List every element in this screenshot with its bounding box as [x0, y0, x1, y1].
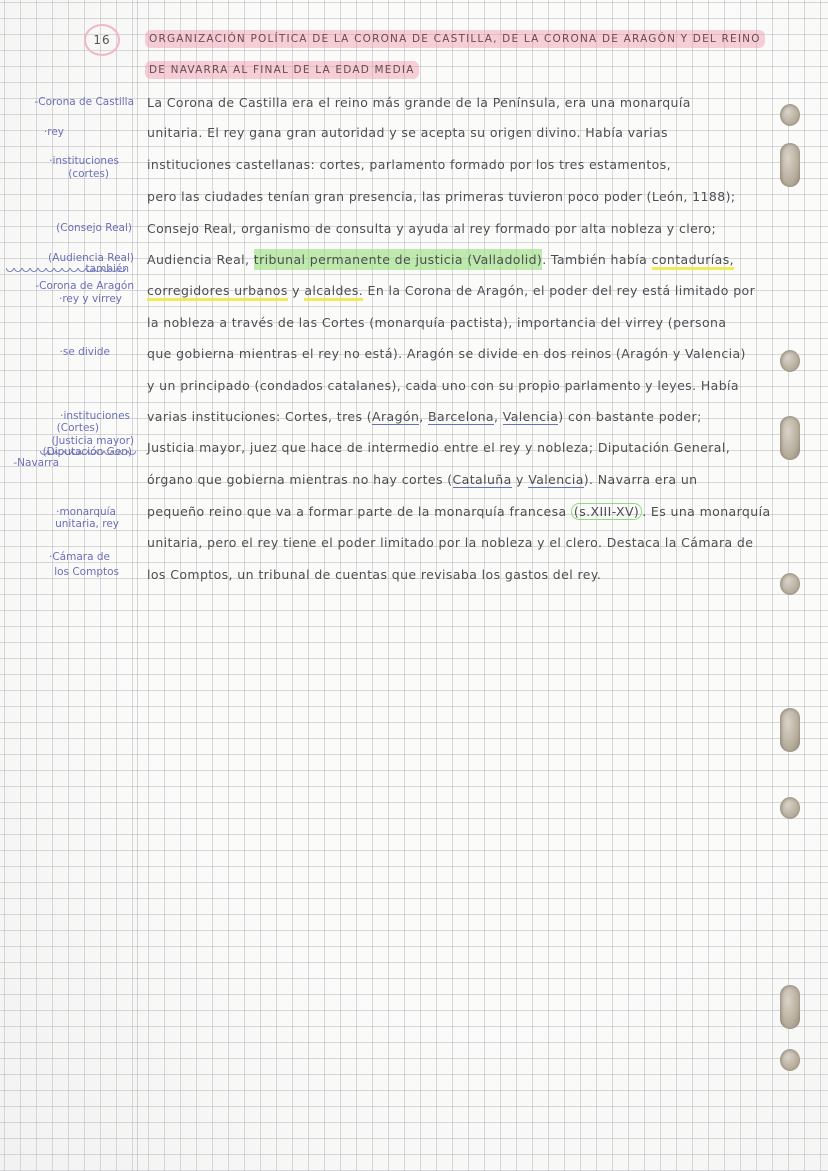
binder-hole — [780, 416, 800, 460]
page-title-line-2: DE NAVARRA AL FINAL DE LA EDAD MEDIA — [145, 64, 419, 76]
yellow-underline: contadurías, — [652, 252, 734, 270]
side-note-castilla: -Corona de Castilla — [4, 96, 134, 108]
binder-hole — [780, 104, 800, 126]
body-line-14: pequeño reino que va a formar parte de l… — [147, 504, 771, 519]
body-line-1: La Corona de Castilla era el reino más g… — [147, 95, 691, 110]
yellow-underline: alcaldes. — [304, 283, 363, 301]
yellow-underline: corregidores urbanos — [147, 283, 288, 301]
page-number: 16 — [84, 24, 120, 56]
side-note-instituciones: ·instituciones — [4, 155, 119, 167]
body-line-7: corregidores urbanos y alcaldes. En la C… — [147, 283, 755, 298]
side-note-monarquia: ·monarquía — [4, 506, 116, 518]
side-note-consejo-real: (Consejo Real) — [4, 222, 132, 234]
text: , — [494, 409, 503, 424]
binder-hole — [780, 1049, 800, 1071]
side-note-cortes: (cortes) — [4, 168, 109, 180]
side-note-instituciones-aragon: ·instituciones — [4, 410, 130, 422]
side-note-camara: ·Cámara de — [4, 551, 110, 563]
side-note-unitaria-rey: unitaria, rey — [4, 518, 119, 530]
margin-line — [137, 0, 138, 1171]
side-note-rey-virrey: ·rey y virrey — [4, 293, 122, 305]
side-note-rey: ·rey — [4, 126, 64, 138]
binder-hole — [780, 985, 800, 1029]
green-circled-date: (s.XIII-XV) — [571, 503, 642, 520]
text: . También había — [542, 252, 651, 267]
text: , — [419, 409, 428, 424]
page-title-line-1: ORGANIZACIÓN POLÍTICA DE LA CORONA DE CA… — [145, 33, 765, 45]
binder-hole — [780, 350, 800, 372]
paper-shading — [0, 0, 828, 1171]
body-line-12: Justicia mayor, juez que hace de interme… — [147, 440, 730, 455]
body-line-2: unitaria. El rey gana gran autoridad y s… — [147, 125, 668, 140]
side-note-comptos: los Comptos — [4, 566, 119, 578]
text: . Es una monarquía — [642, 504, 770, 519]
body-line-3: instituciones castellanas: cortes, parla… — [147, 157, 671, 172]
title-text-1: ORGANIZACIÓN POLÍTICA DE LA CORONA DE CA… — [145, 30, 765, 48]
text: pequeño reino que va a formar parte de l… — [147, 504, 571, 519]
side-note-aragon: -Corona de Aragón — [4, 280, 134, 292]
body-line-5: Consejo Real, organismo de consulta y ay… — [147, 221, 716, 236]
side-note-se-divide: ·se divide — [4, 346, 110, 358]
binder-hole — [780, 708, 800, 752]
text: En la Corona de Aragón, el poder del rey… — [363, 283, 755, 298]
green-highlight: tribunal permanente de justicia (Vallado… — [254, 249, 542, 270]
binder-hole — [780, 573, 800, 595]
body-line-13: órgano que gobierna mientras no hay cort… — [147, 472, 697, 487]
underlined-cataluna: Cataluña — [453, 472, 512, 488]
underlined-valencia: Valencia — [503, 409, 559, 425]
body-line-15: unitaria, pero el rey tiene el poder lim… — [147, 535, 753, 550]
text: Audiencia Real, — [147, 252, 254, 267]
wavy-underline — [6, 268, 126, 274]
text: ) con bastante poder; — [558, 409, 701, 424]
body-line-9: que gobierna mientras el rey no está). A… — [147, 346, 746, 361]
body-line-8: la nobleza a través de las Cortes (monar… — [147, 315, 726, 330]
body-line-6: Audiencia Real, tribunal permanente de j… — [147, 252, 734, 267]
underlined-valencia-2: Valencia — [528, 472, 584, 488]
body-line-10: y un principado (condados catalanes), ca… — [147, 378, 739, 393]
text: ). Navarra era un — [584, 472, 698, 487]
text: órgano que gobierna mientras no hay cort… — [147, 472, 453, 487]
text: y — [512, 472, 529, 487]
binder-hole — [780, 143, 800, 187]
binder-hole — [780, 797, 800, 819]
underlined-aragon: Aragón — [372, 409, 419, 425]
body-line-16: los Comptos, un tribunal de cuentas que … — [147, 567, 601, 582]
body-line-11: varias instituciones: Cortes, tres (Arag… — [147, 409, 702, 424]
side-note-navarra: -Navarra — [4, 457, 59, 469]
side-note-cortes-aragon: (Cortes) — [4, 422, 99, 434]
title-text-2: DE NAVARRA AL FINAL DE LA EDAD MEDIA — [145, 61, 419, 79]
text: y — [288, 283, 305, 298]
underlined-barcelona: Barcelona — [428, 409, 494, 425]
body-line-4: pero las ciudades tenían gran presencia,… — [147, 189, 735, 204]
text: varias instituciones: Cortes, tres ( — [147, 409, 372, 424]
